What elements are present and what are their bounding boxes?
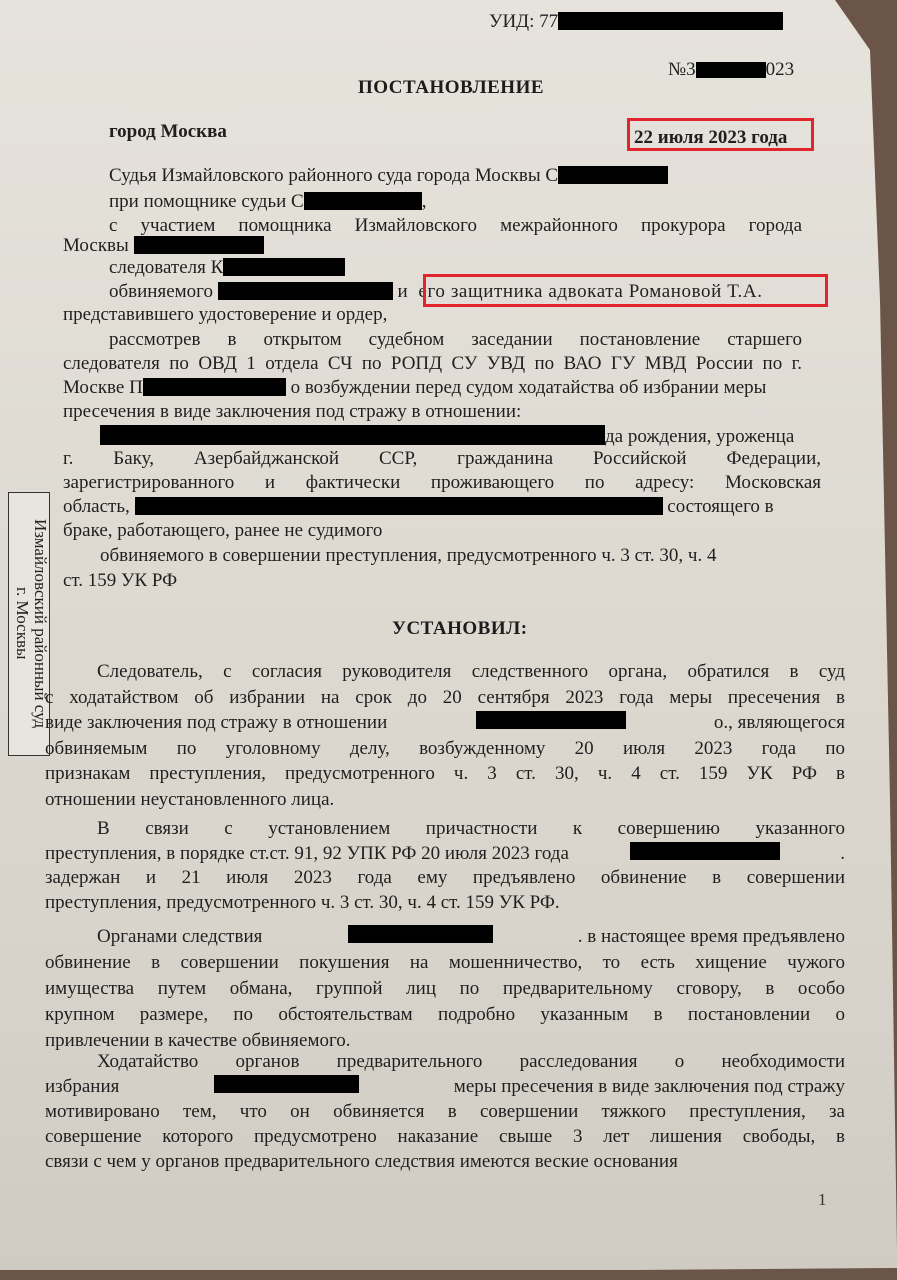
case-suffix: 023 xyxy=(766,59,795,80)
defender-highlight-box xyxy=(423,274,828,307)
text-line: пресечения в виде заключения под стражу … xyxy=(63,400,521,424)
text: Судья Измайловского районного суда город… xyxy=(109,165,558,186)
text: о возбуждении перед судом ходатайства об… xyxy=(291,377,767,398)
text: меры пресечения в виде заключения под ст… xyxy=(454,1075,845,1099)
text: при помощнике судьи С xyxy=(109,191,304,212)
text-line: да рождения, уроженца xyxy=(100,425,794,449)
body-line: отношении неустановленного лица. xyxy=(45,788,845,812)
redaction-bar xyxy=(304,192,422,210)
body-line: обвиняемым по уголовному делу, возбужден… xyxy=(45,737,845,761)
text-line: зарегистрированного и фактически прожива… xyxy=(63,471,821,495)
court-stamp: Измайловский районный суд г. Москвы xyxy=(8,492,50,756)
city: город Москва xyxy=(109,120,227,144)
redaction-bar xyxy=(696,62,766,78)
text-line: ст. 159 УК РФ xyxy=(63,569,177,593)
text: да рождения, уроженца xyxy=(605,426,794,447)
body-line: связи с чем у органов предварительного с… xyxy=(45,1150,845,1174)
body-line: избраниямеры пресечения в виде заключени… xyxy=(45,1075,845,1099)
body-line: Ходатайство органов предварительного рас… xyxy=(97,1050,845,1074)
investigator-line: следователя К xyxy=(109,256,345,280)
text: виде заключения под стражу в отношении xyxy=(45,711,387,735)
body-line: совершение которого предусмотрено наказа… xyxy=(45,1125,845,1149)
text: , xyxy=(422,191,427,212)
redaction-bar xyxy=(134,236,264,254)
redaction-bar xyxy=(348,925,493,943)
body-line: крупном размере, по обстоятельствам подр… xyxy=(45,1003,845,1027)
text: область, xyxy=(63,496,130,517)
body-line: имущества путем обмана, группой лиц по п… xyxy=(45,977,845,1001)
text: следователя К xyxy=(109,257,223,278)
uid-label: УИД: 77 xyxy=(489,11,558,32)
text-line: Москве П о возбуждении перед судом ходат… xyxy=(63,376,766,400)
text: . в настоящее время предъявлено xyxy=(578,925,845,949)
assistant-line: при помощнике судьи С, xyxy=(109,190,426,214)
redaction-bar xyxy=(100,425,605,445)
body-line: виде заключения под стражу в отношениио.… xyxy=(45,711,845,735)
prosecutor-line-2: Москвы xyxy=(63,234,264,258)
body-line: В связи с установлением причастности к с… xyxy=(97,817,845,841)
case-prefix: №3 xyxy=(668,59,696,80)
section-title: УСТАНОВИЛ: xyxy=(392,618,528,640)
redaction-bar xyxy=(630,842,780,860)
date-highlight-box xyxy=(627,118,814,151)
document-title: ПОСТАНОВЛЕНИЕ xyxy=(358,77,544,99)
text-line: браке, работающего, ранее не судимого xyxy=(63,519,382,543)
text: преступления, в порядке ст.ст. 91, 92 УП… xyxy=(45,842,569,866)
body-line: Следователь, с согласия руководителя сле… xyxy=(97,660,845,684)
text: Москвы xyxy=(63,235,129,256)
judge-line: Судья Измайловского районного суда город… xyxy=(109,164,668,188)
page-number: 1 xyxy=(818,1190,827,1210)
body-line: признакам преступления, предусмотренного… xyxy=(45,762,845,786)
text: избрания xyxy=(45,1075,119,1099)
redaction-bar xyxy=(558,12,783,30)
text: состоящего в xyxy=(667,496,773,517)
text: о., являющегося xyxy=(714,711,845,735)
body-line: преступления, предусмотренного ч. 3 ст. … xyxy=(45,891,845,915)
body-line: обвинение в совершении покушения на моше… xyxy=(45,951,845,975)
redaction-bar xyxy=(476,711,626,729)
court-stamp-text: Измайловский районный суд г. Москвы xyxy=(13,501,49,746)
redaction-bar xyxy=(143,378,286,396)
text-line: область, состоящего в xyxy=(63,495,774,519)
body-line: мотивировано тем, что он обвиняется в со… xyxy=(45,1100,845,1124)
body-line: преступления, в порядке ст.ст. 91, 92 УП… xyxy=(45,842,845,866)
body-line: с ходатайством об избрании на срок до 20… xyxy=(45,686,845,710)
redaction-bar xyxy=(214,1075,359,1093)
stamp-line: г. Москвы xyxy=(13,501,31,746)
uid-line: УИД: 77 xyxy=(489,10,783,34)
text-line: обвиняемого в совершении преступления, п… xyxy=(100,544,717,568)
text: Органами следствия xyxy=(97,925,262,949)
text-line: представившего удостоверение и ордер, xyxy=(63,303,387,327)
redaction-bar xyxy=(135,497,663,515)
body-line: задержан и 21 июля 2023 года ему предъяв… xyxy=(45,866,845,890)
text: обвиняемого xyxy=(109,281,213,302)
text-line: следователя по ОВД 1 отдела СЧ по РОПД С… xyxy=(63,352,802,376)
text: Москве П xyxy=(63,377,143,398)
redaction-bar xyxy=(223,258,345,276)
body-line: Органами следствия. в настоящее время пр… xyxy=(97,925,845,949)
redaction-bar xyxy=(218,282,393,300)
redaction-bar xyxy=(558,166,668,184)
text-line: г. Баку, Азербайджанской ССР, гражданина… xyxy=(63,447,821,471)
text: . xyxy=(840,842,845,866)
text: и xyxy=(398,281,408,302)
case-number: №3023 xyxy=(668,58,794,82)
text-line: рассмотрев в открытом судебном заседании… xyxy=(109,328,802,352)
